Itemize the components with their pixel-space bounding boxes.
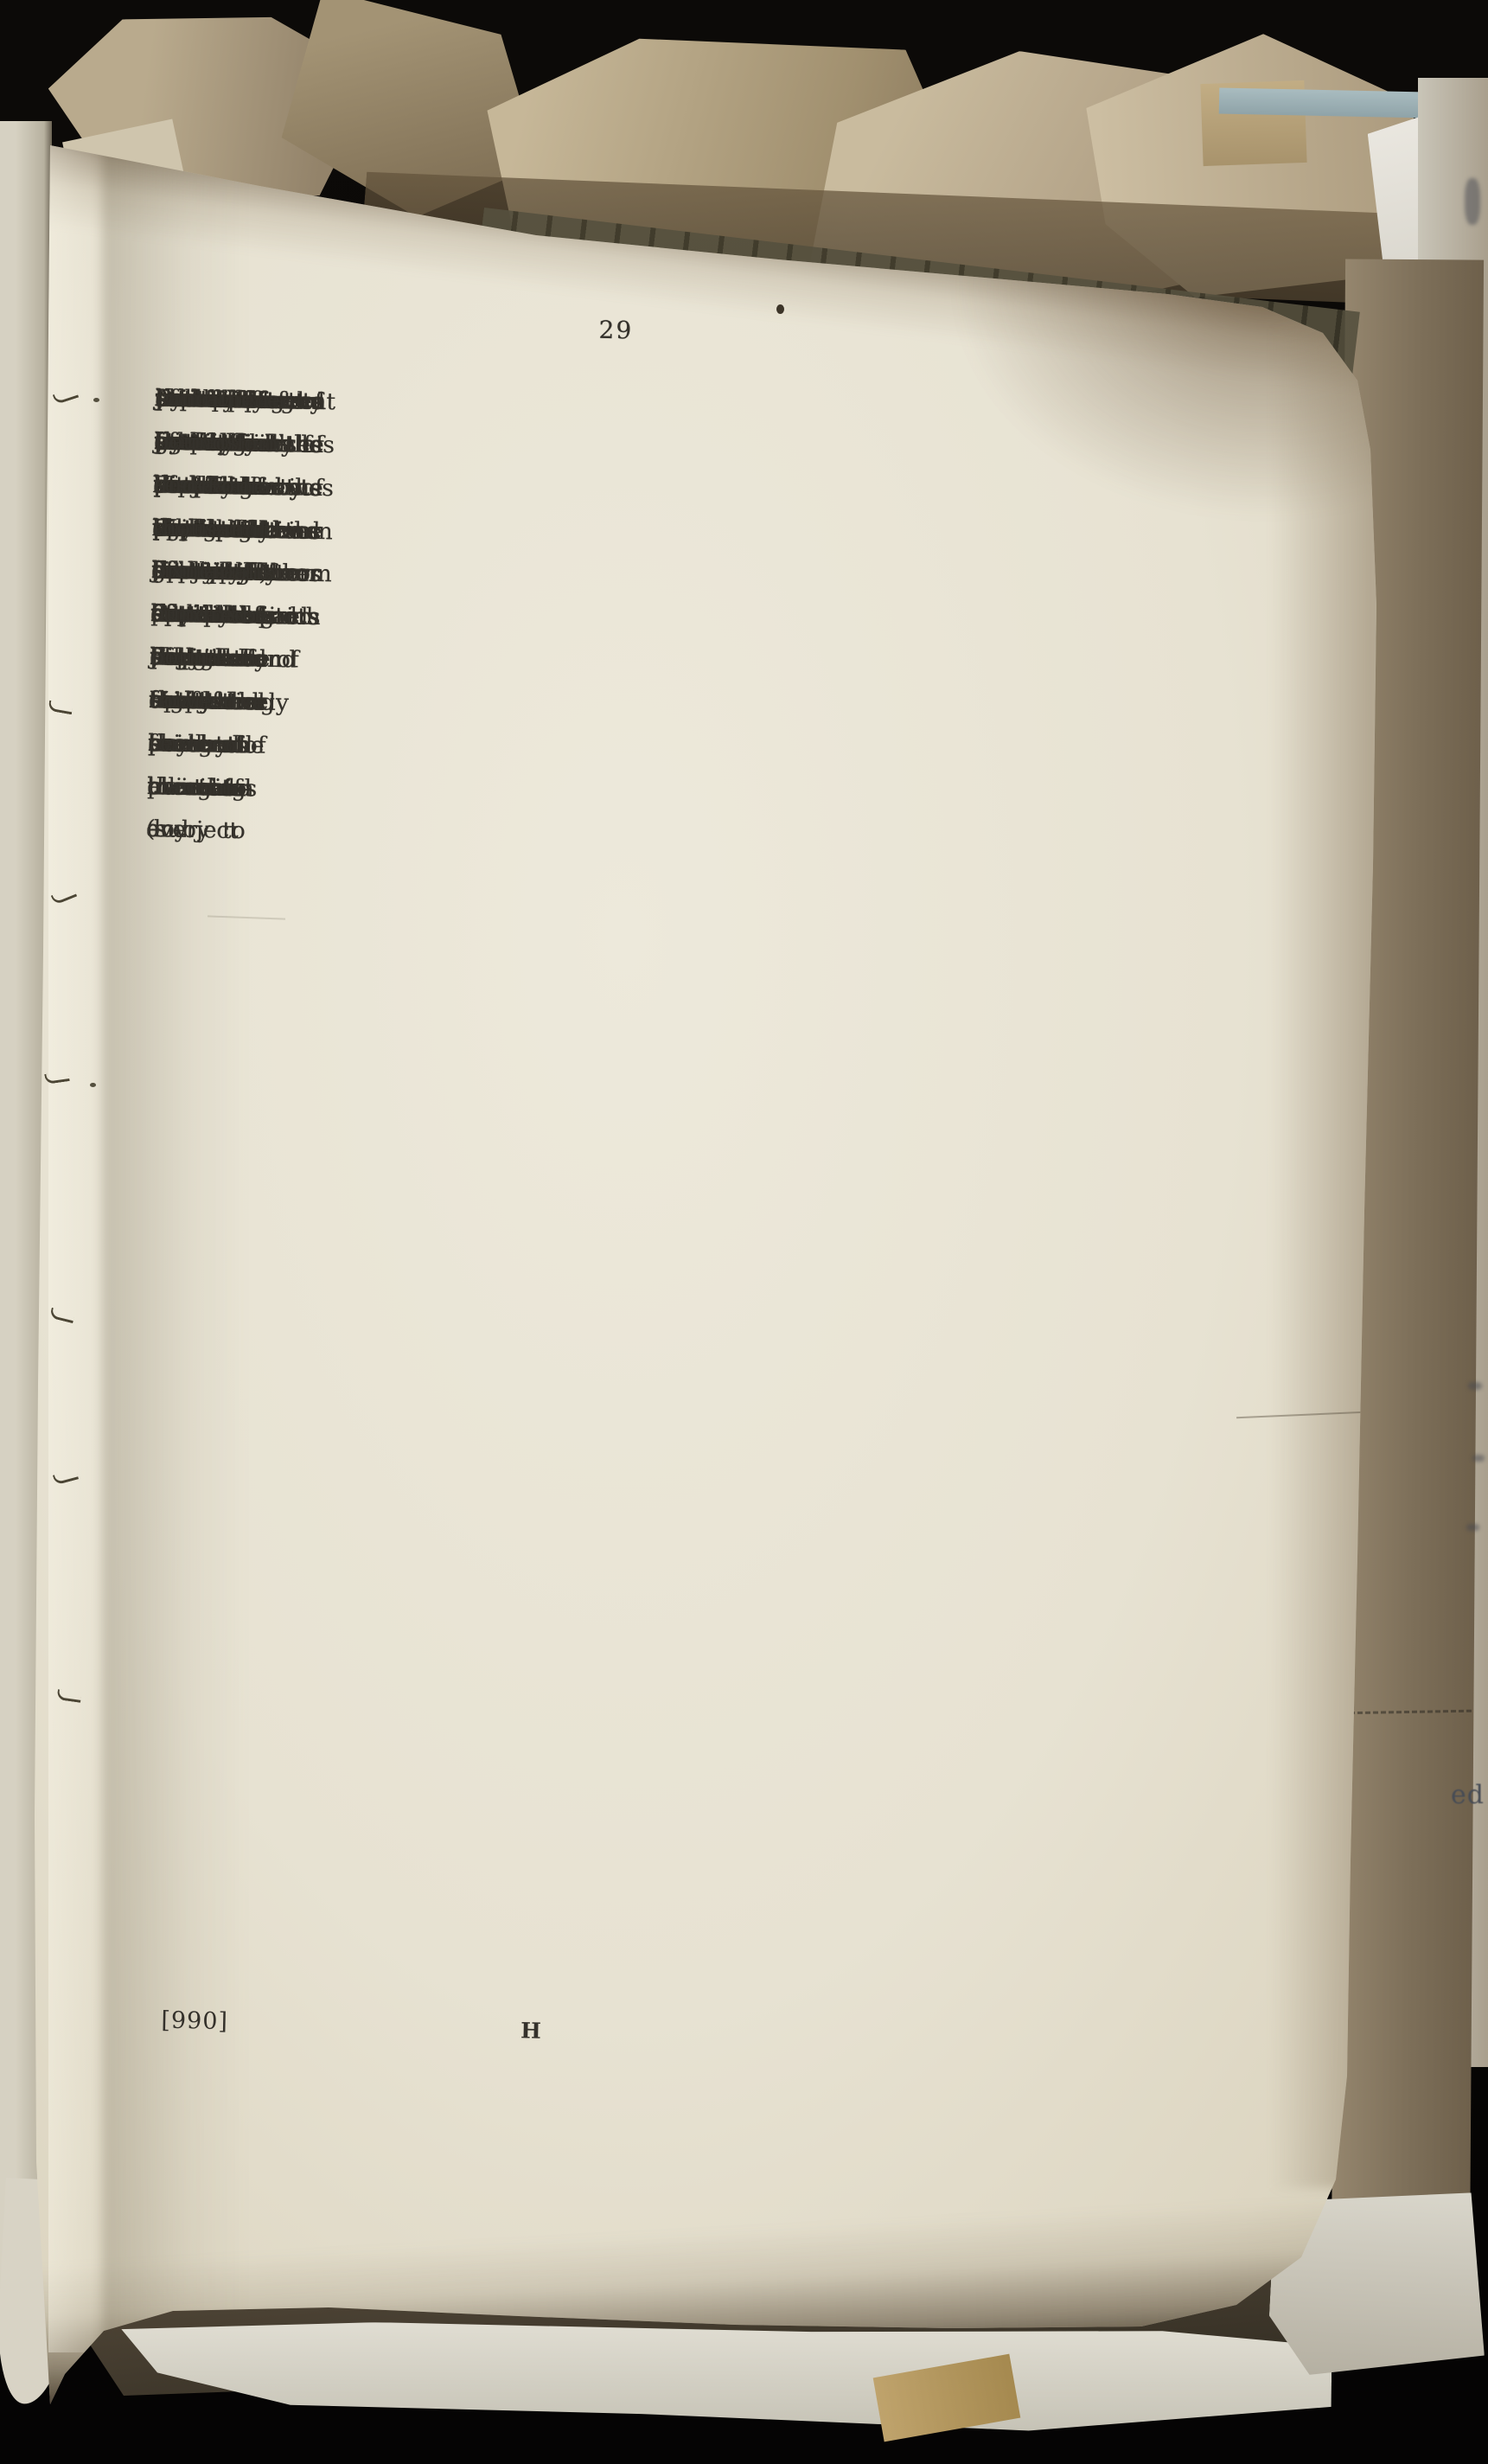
- line-text: sand pounds and Four thousand six hundre…: [147, 377, 263, 810]
- scanned-book-photo: ed 29 John Hanford or the surviv: [0, 0, 1488, 2464]
- gutter-highlight: [48, 138, 109, 2352]
- text-line: sand pounds and Four thousand six hundre…: [155, 377, 156, 420]
- print-smudge: [1466, 1524, 1479, 1531]
- ink-speck: [776, 304, 784, 314]
- print-smudge: [1465, 178, 1480, 225]
- stitch-dot: [93, 398, 99, 402]
- blue-paper-sliver: [1219, 87, 1427, 118]
- book-page: 29 John Hanford or the survivor of them …: [0, 0, 1488, 2464]
- print-smudge: [1472, 1455, 1485, 1462]
- page-footer: [990] H: [121, 2006, 1040, 2070]
- signature-mark: H: [520, 2018, 542, 2044]
- text-block: 29 John Hanford or the survivor of them …: [119, 301, 1076, 2136]
- neighbor-page-text-fragment: ed: [1451, 1780, 1485, 1810]
- stitch-dot: [90, 1083, 96, 1087]
- print-smudge: [1468, 1382, 1482, 1390]
- plate-number: [990]: [161, 2007, 228, 2036]
- body-lines: John Hanford or the survivor of them or …: [156, 377, 1074, 396]
